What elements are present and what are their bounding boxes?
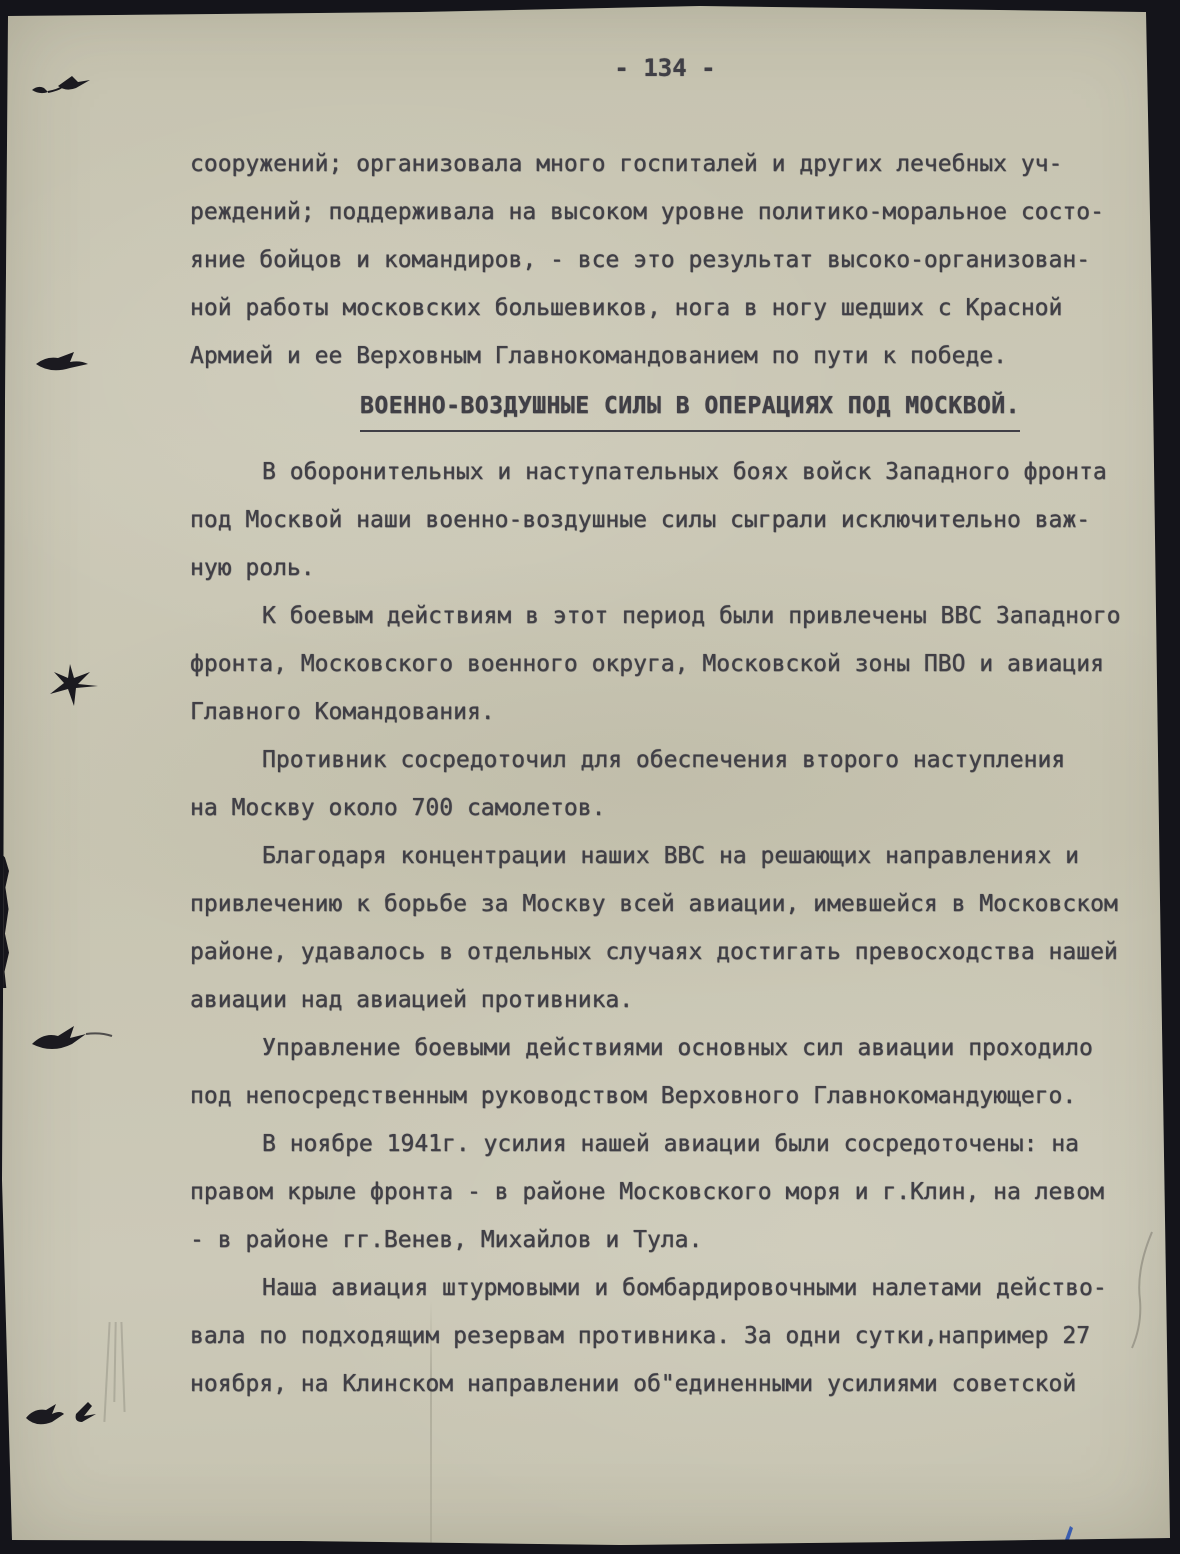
text-line: Армией и ее Верховным Главнокомандование…	[190, 332, 1150, 380]
text-line: на Москву около 700 самолетов.	[190, 784, 1150, 832]
text-line: В оборонительных и наступательных боях в…	[190, 448, 1150, 496]
text-line: Управление боевыми действиями основных с…	[190, 1024, 1150, 1072]
text-line: ноября, на Клинском направлении об"едине…	[190, 1360, 1150, 1408]
scan-background: { "page": { "number_label": "- 134 -" },…	[0, 0, 1180, 1554]
scan-edge-blotch	[0, 852, 9, 988]
tear-mark-icon	[44, 662, 104, 710]
text-line: Наша авиация штурмовыми и бомбардировочн…	[190, 1264, 1150, 1312]
tear-mark-icon	[30, 344, 110, 380]
text-line: под Москвой наши военно-воздушные силы с…	[190, 496, 1150, 544]
text-line: Противник сосредоточил для обеспечения в…	[190, 736, 1150, 784]
blue-pen-tick-icon	[1058, 1524, 1076, 1550]
text-line: К боевым действиям в этот период были пр…	[190, 592, 1150, 640]
text-line: привлечению к борьбе за Москву всей авиа…	[190, 880, 1150, 928]
text-line: В ноябре 1941г. усилия нашей авиации был…	[190, 1120, 1150, 1168]
typed-text-body: сооружений; организовала много госпитале…	[190, 140, 1150, 1408]
tear-mark-icon	[26, 1018, 118, 1062]
text-line: ВОЕННО-ВОЗДУШНЫЕ СИЛЫ В ОПЕРАЦИЯХ ПОД МО…	[360, 386, 1020, 432]
text-line: реждений; поддерживала на высоком уровне…	[190, 188, 1150, 236]
text-line: Благодаря концентрации наших ВВС на реша…	[190, 832, 1150, 880]
scratch-marks	[104, 1322, 130, 1422]
paragraph: Наша авиация штурмовыми и бомбардировочн…	[190, 1264, 1150, 1408]
text-line: авиации над авиацией противника.	[190, 976, 1150, 1024]
text-line: сооружений; организовала много госпитале…	[190, 140, 1150, 188]
paragraph: Противник сосредоточил для обеспечения в…	[190, 736, 1150, 832]
text-line: ной работы московских большевиков, нога …	[190, 284, 1150, 332]
paragraph: Управление боевыми действиями основных с…	[190, 1024, 1150, 1120]
text-line: под непосредственным руководством Верхов…	[190, 1072, 1150, 1120]
paragraph: К боевым действиям в этот период были пр…	[190, 592, 1150, 736]
text-line: районе, удавалось в отдельных случаях до…	[190, 928, 1150, 976]
paragraph: В ноябре 1941г. усилия нашей авиации был…	[190, 1120, 1150, 1264]
text-line: вала по подходящим резервам противника. …	[190, 1312, 1150, 1360]
text-line: правом крыле фронта - в районе Московско…	[190, 1168, 1150, 1216]
text-line: ную роль.	[190, 544, 1150, 592]
section-heading: ВОЕННО-ВОЗДУШНЫЕ СИЛЫ В ОПЕРАЦИЯХ ПОД МО…	[360, 386, 1150, 432]
paragraph: В оборонительных и наступательных боях в…	[190, 448, 1150, 592]
paragraph: сооружений; организовала много госпитале…	[190, 140, 1150, 380]
text-line: Главного Командования.	[190, 688, 1150, 736]
text-line: - в районе гг.Венев, Михайлов и Тула.	[190, 1216, 1150, 1264]
pencil-stroke	[1118, 1230, 1158, 1350]
text-line: фронта, Московского военного округа, Мос…	[190, 640, 1150, 688]
page-number: - 134 -	[190, 44, 1140, 92]
tear-mark-icon	[28, 66, 110, 100]
document-page: - 134 - сооружений; организовала много г…	[0, 0, 1180, 1554]
text-line: яние бойцов и командиров, - все это резу…	[190, 236, 1150, 284]
paper-crease	[430, 1300, 432, 1554]
paragraph: Благодаря концентрации наших ВВС на реша…	[190, 832, 1150, 1024]
